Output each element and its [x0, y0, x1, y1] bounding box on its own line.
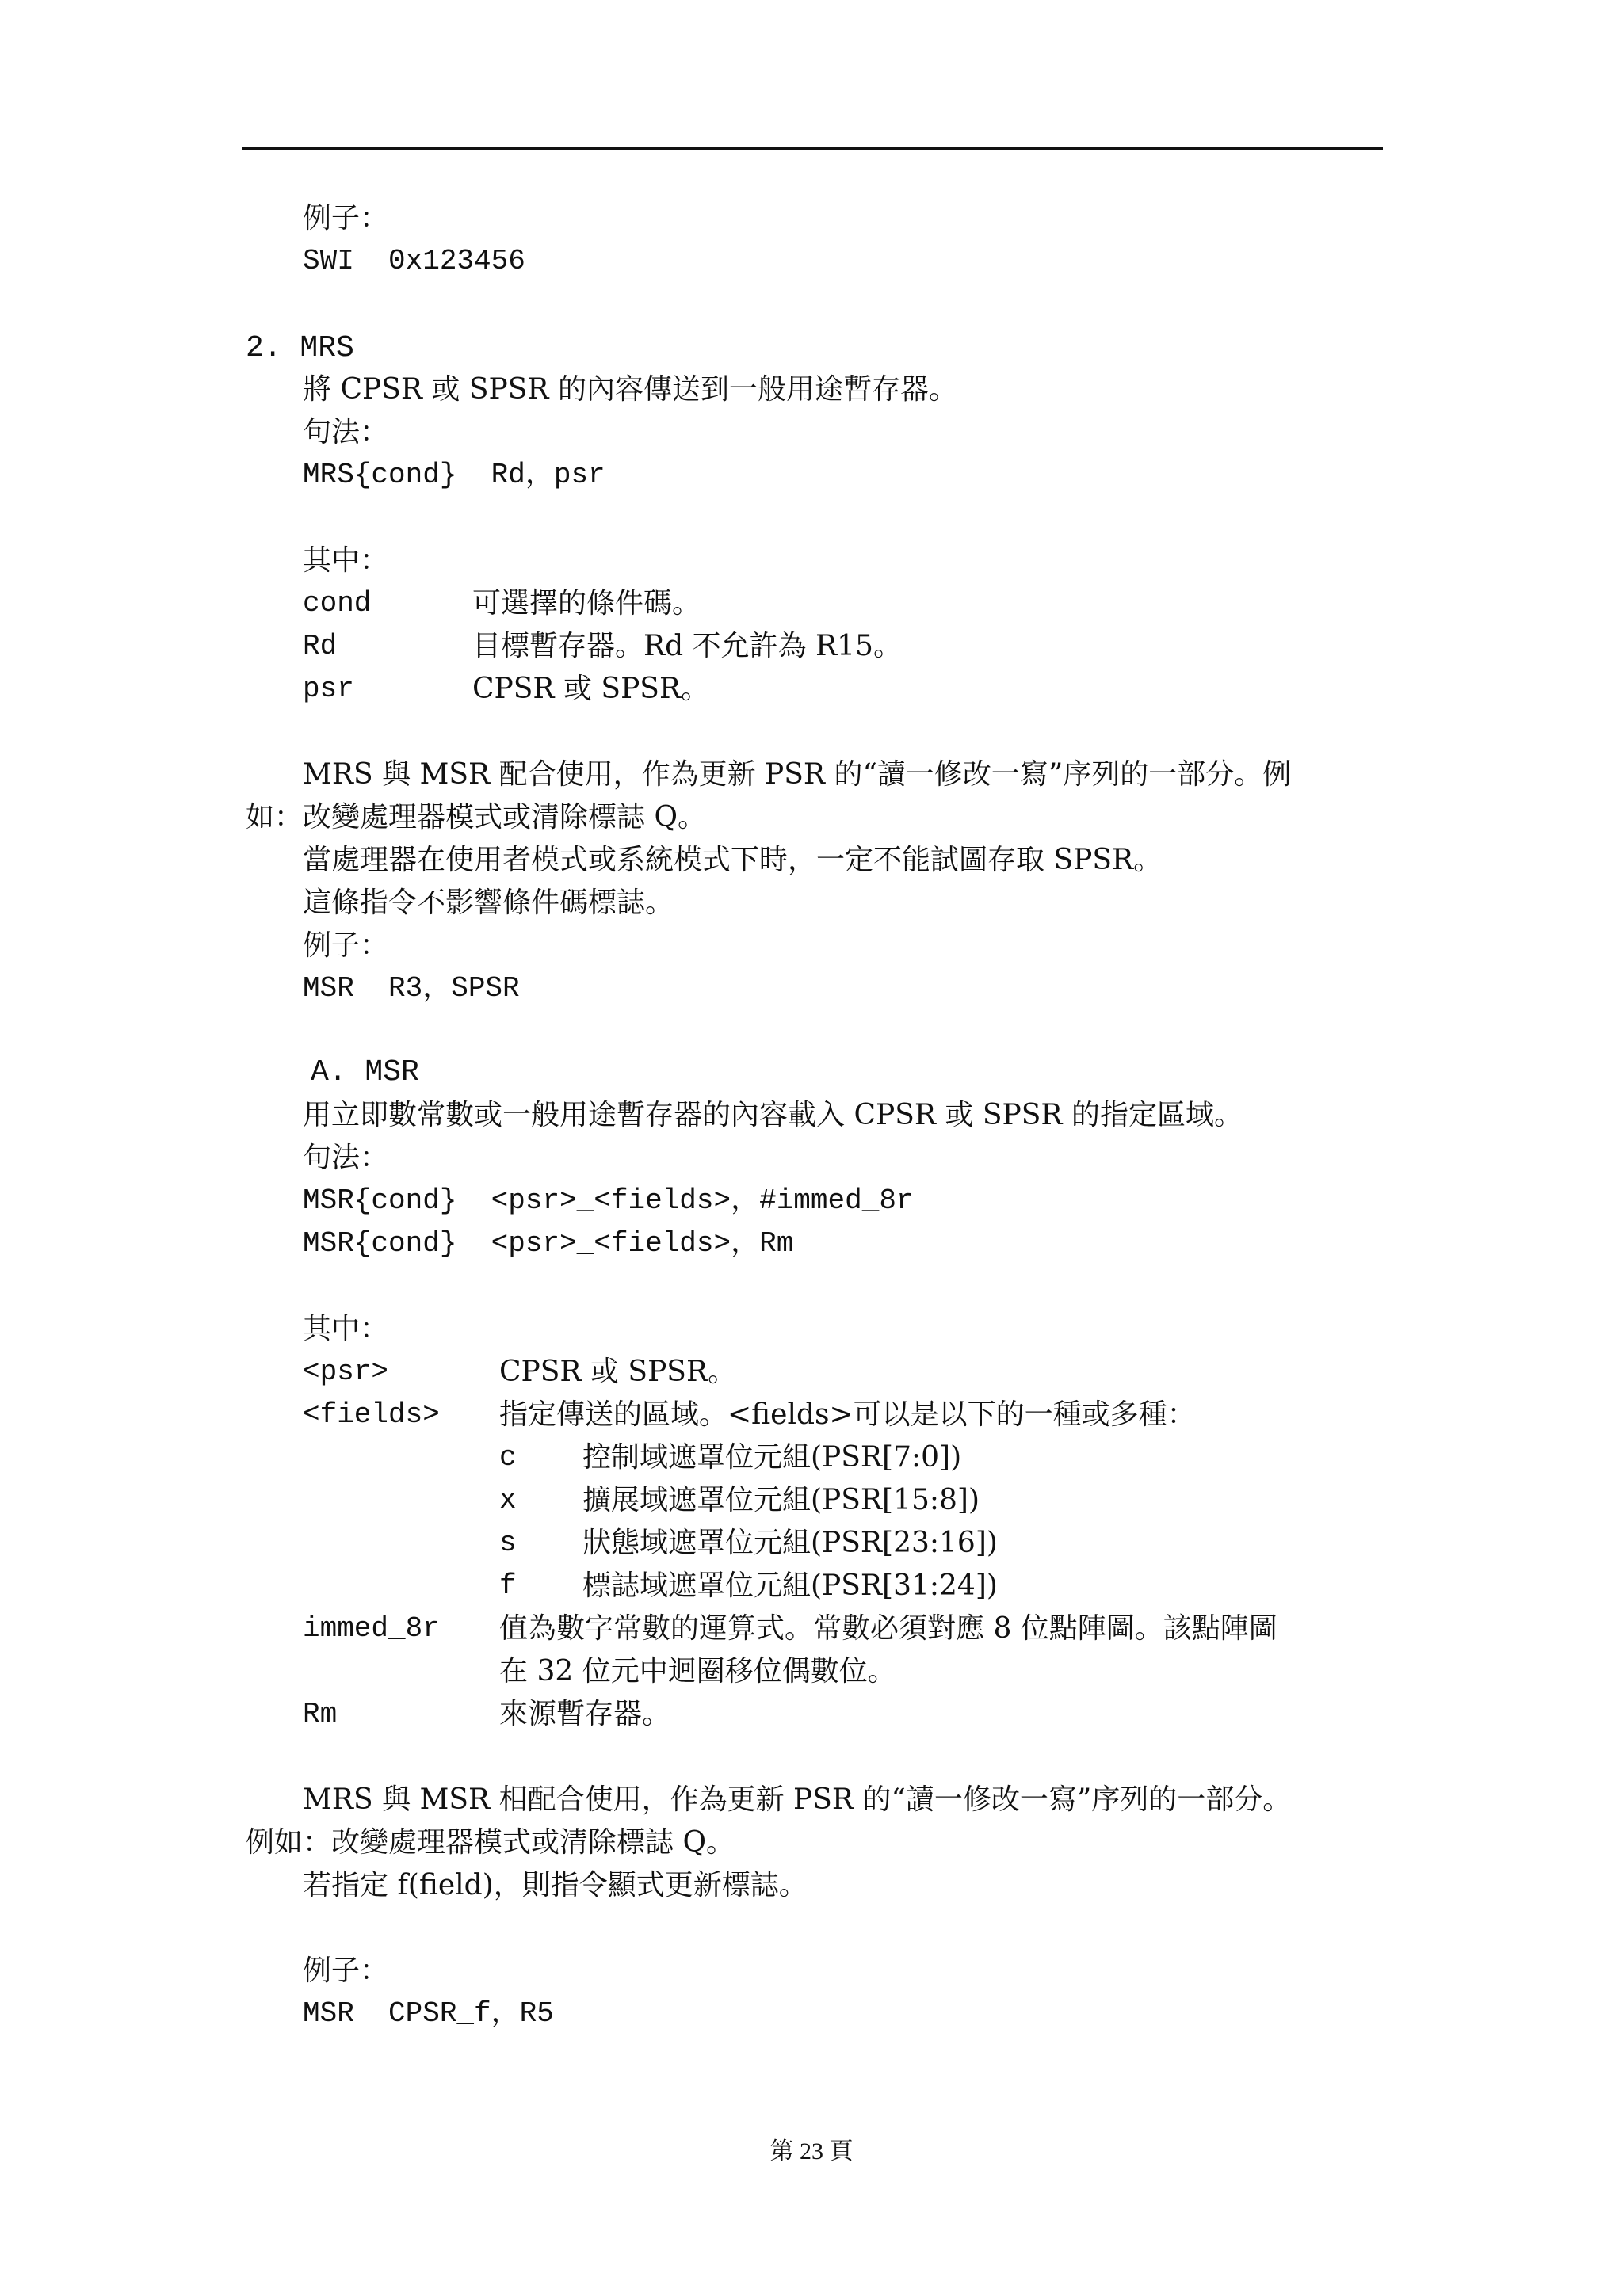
field-option-desc: 控制域遮罩位元組(PSR[7:0])	[582, 1440, 961, 1475]
msr-description: 用立即數常數或一般用途暫存器的內容載入 CPSR 或 SPSR 的指定區域。	[303, 1098, 1243, 1133]
header-rule	[242, 147, 1383, 150]
field-option-key: x	[499, 1483, 517, 1518]
mrs-param-name: psr	[303, 672, 354, 707]
mrs-description: 將 CPSR 或 SPSR 的內容傳送到一般用途暫存器。	[303, 372, 957, 407]
msr-param-desc: 來源暫存器。	[499, 1697, 670, 1732]
field-option-desc: 狀態域遮罩位元組(PSR[23:16])	[582, 1526, 998, 1561]
msr-syntax-label: 句法：	[303, 1141, 388, 1176]
mrs-param-desc: 可選擇的條件碼。	[472, 586, 701, 621]
msr-example-label: 例子：	[303, 1954, 388, 1989]
msr-note: 若指定 f(field)，則指令顯式更新標誌。	[303, 1868, 808, 1903]
mrs-note: 當處理器在使用者模式或系統模式下時，一定不能試圖存取 SPSR。	[303, 843, 1162, 878]
mrs-param-desc: 目標暫存器。Rd 不允許為 R15。	[472, 629, 902, 664]
mrs-heading: 2. MRS	[246, 331, 354, 366]
msr-note: MRS 與 MSR 相配合使用，作為更新 PSR 的“讀一修改一寫”序列的一部分…	[303, 1783, 1291, 1817]
field-option-key: c	[499, 1440, 517, 1475]
swi-example-code: SWI 0x123456	[303, 244, 525, 279]
field-option-key: s	[499, 1526, 517, 1561]
mrs-syntax-label: 句法：	[303, 415, 388, 450]
mrs-param-name: Rd	[303, 629, 337, 664]
msr-heading: A. MSR	[311, 1055, 419, 1090]
msr-param-name: <psr>	[303, 1355, 388, 1390]
msr-param-desc-cont: 在 32 位元中迴圈移位偶數位。	[499, 1654, 896, 1689]
mrs-example-label: 例子：	[303, 929, 388, 963]
mrs-example-code: MSR R3，SPSR	[303, 971, 520, 1006]
msr-param-desc: CPSR 或 SPSR。	[499, 1355, 736, 1390]
mrs-param-desc: CPSR 或 SPSR。	[472, 672, 709, 707]
mrs-param-name: cond	[303, 586, 371, 621]
mrs-note: MRS 與 MSR 配合使用，作為更新 PSR 的“讀一修改一寫”序列的一部分。…	[303, 757, 1291, 792]
field-option-desc: 擴展域遮罩位元組(PSR[15:8])	[582, 1483, 980, 1518]
msr-syntax: MSR{cond} <psr>_<fields>，Rm	[303, 1226, 793, 1261]
swi-example-label: 例子：	[303, 201, 388, 236]
msr-where-label: 其中：	[303, 1312, 388, 1347]
field-option-desc: 標誌域遮罩位元組(PSR[31:24])	[582, 1569, 998, 1604]
mrs-syntax: MRS{cond} Rd，psr	[303, 458, 605, 493]
field-option-key: f	[499, 1569, 517, 1604]
msr-syntax: MSR{cond} <psr>_<fields>，#immed_8r	[303, 1184, 914, 1219]
msr-param-name: immed_8r	[303, 1611, 440, 1646]
msr-example-code: MSR CPSR_f，R5	[303, 1997, 554, 2031]
msr-note: 例如：改變處理器模式或清除標誌 Q。	[246, 1825, 735, 1860]
msr-param-name: <fields>	[303, 1398, 440, 1432]
msr-param-desc: 指定傳送的區域。<fields>可以是以下的一種或多種：	[499, 1398, 1196, 1432]
mrs-where-label: 其中：	[303, 543, 388, 578]
msr-param-name: Rm	[303, 1697, 337, 1732]
page-number: 第 23 頁	[0, 2131, 1623, 2166]
mrs-note: 如：改變處理器模式或清除標誌 Q。	[246, 800, 706, 835]
msr-param-desc: 值為數字常數的運算式。常數必須對應 8 位點陣圖。該點陣圖	[499, 1611, 1277, 1646]
mrs-note: 這條指令不影響條件碼標誌。	[303, 886, 674, 921]
